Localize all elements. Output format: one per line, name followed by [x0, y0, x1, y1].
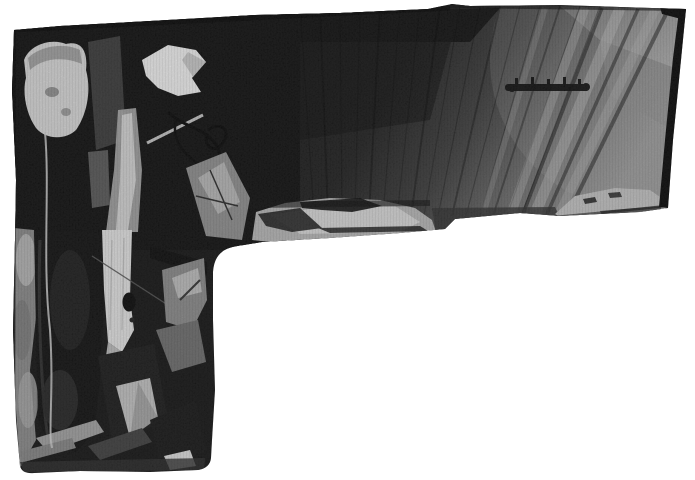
grain-overlay: [0, 0, 695, 480]
page-background: { "figure": { "alt": "Black-and-white ha…: [0, 0, 695, 480]
photo-illustration: [0, 0, 695, 480]
light-grain: [0, 0, 695, 480]
halftone-photo-figure: [0, 0, 695, 480]
photo-clip-group: [0, 0, 695, 480]
screenshot-canvas: [0, 0, 695, 480]
